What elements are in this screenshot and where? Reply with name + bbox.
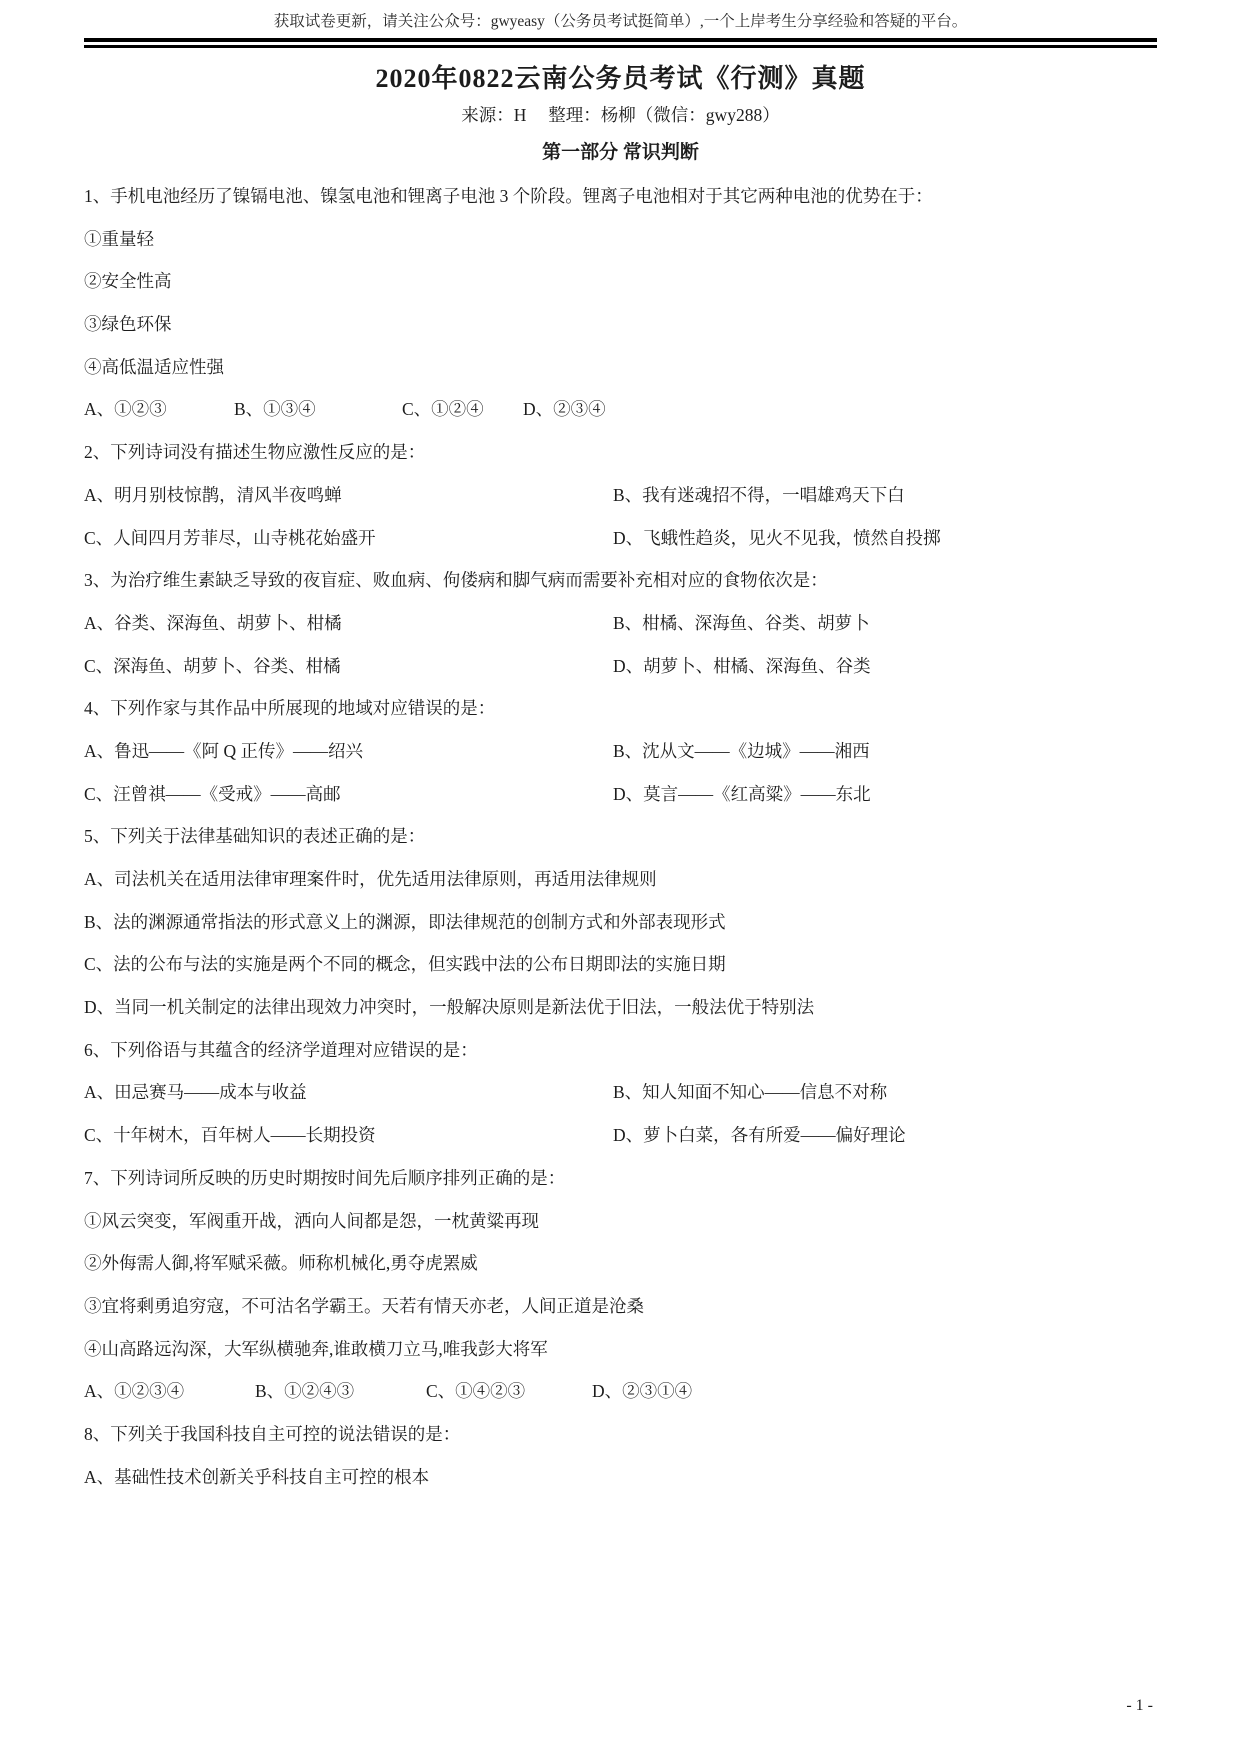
statement-item-4: ④山高路远沟深，大军纵横驰奔,谁敢横刀立马,唯我彭大将军 xyxy=(84,1328,1157,1371)
option-c: C、法的公布与法的实施是两个不同的概念，但实践中法的公布日期即法的实施日期 xyxy=(84,943,1157,986)
option-b: B、柑橘、深海鱼、谷类、胡萝卜 xyxy=(613,602,1157,645)
question-4: 4、下列作家与其作品中所展现的地域对应错误的是： A、鲁迅——《阿 Q 正传》—… xyxy=(84,687,1157,815)
question-list: 1、手机电池经历了镍镉电池、镍氢电池和锂离子电池 3 个阶段。锂离子电池相对于其… xyxy=(84,175,1157,1498)
question-3: 3、为治疗维生素缺乏导致的夜盲症、败血病、佝偻病和脚气病而需要补充相对应的食物依… xyxy=(84,559,1157,687)
question-stem: 1、手机电池经历了镍镉电池、镍氢电池和锂离子电池 3 个阶段。锂离子电池相对于其… xyxy=(84,175,1157,218)
option-b: B、①②④③ xyxy=(255,1370,426,1413)
statement-item-2: ②外侮需人御,将军赋采薇。师称机械化,勇夺虎罴威 xyxy=(84,1242,1157,1285)
header-divider xyxy=(84,38,1157,48)
option-b: B、法的渊源通常指法的形式意义上的渊源，即法律规范的创制方式和外部表现形式 xyxy=(84,901,1157,944)
statement-item-3: ③绿色环保 xyxy=(84,303,1157,346)
option-a: A、①②③ xyxy=(84,388,234,431)
question-5: 5、下列关于法律基础知识的表述正确的是： A、司法机关在适用法律审理案件时，优先… xyxy=(84,815,1157,1028)
option-d: D、当同一机关制定的法律出现效力冲突时，一般解决原则是新法优于旧法，一般法优于特… xyxy=(84,986,1157,1029)
option-d: D、②③④ xyxy=(523,388,606,431)
options-row: A、谷类、深海鱼、胡萝卜、柑橘 B、柑橘、深海鱼、谷类、胡萝卜 xyxy=(84,602,1157,645)
question-stem: 5、下列关于法律基础知识的表述正确的是： xyxy=(84,815,1157,858)
option-a: A、①②③④ xyxy=(84,1370,255,1413)
question-stem: 4、下列作家与其作品中所展现的地域对应错误的是： xyxy=(84,687,1157,730)
page-title: 2020年0822云南公务员考试《行测》真题 xyxy=(0,64,1241,94)
option-c: C、深海鱼、胡萝卜、谷类、柑橘 xyxy=(84,645,613,688)
options-row: C、人间四月芳菲尽，山寺桃花始盛开 D、飞蛾性趋炎，见火不见我，愤然自投掷 xyxy=(84,517,1157,560)
statement-item-1: ①风云突变，军阀重开战，洒向人间都是怨，一枕黄粱再现 xyxy=(84,1200,1157,1243)
options-row: A、明月别枝惊鹊，清风半夜鸣蝉 B、我有迷魂招不得，一唱雄鸡天下白 xyxy=(84,474,1157,517)
section-heading: 第一部分 常识判断 xyxy=(0,140,1241,166)
option-d: D、飞蛾性趋炎，见火不见我，愤然自投掷 xyxy=(613,517,1157,560)
question-2: 2、下列诗词没有描述生物应激性反应的是： A、明月别枝惊鹊，清风半夜鸣蝉 B、我… xyxy=(84,431,1157,559)
option-b: B、沈从文——《边城》——湘西 xyxy=(613,730,1157,773)
option-a: A、司法机关在适用法律审理案件时，优先适用法律原则，再适用法律规则 xyxy=(84,858,1157,901)
question-stem: 3、为治疗维生素缺乏导致的夜盲症、败血病、佝偻病和脚气病而需要补充相对应的食物依… xyxy=(84,559,1157,602)
exam-document-page: 获取试卷更新，请关注公众号：gwyeasy（公务员考试挺简单）,一个上岸考生分享… xyxy=(0,0,1241,1754)
statement-item-4: ④高低温适应性强 xyxy=(84,346,1157,389)
options-row: C、汪曾祺——《受戒》——高邮 D、莫言——《红高粱》——东北 xyxy=(84,773,1157,816)
header-note: 获取试卷更新，请关注公众号：gwyeasy（公务员考试挺简单）,一个上岸考生分享… xyxy=(0,0,1241,33)
options-row: A、①②③B、①③④C、①②④D、②③④ xyxy=(84,388,1157,431)
option-d: D、胡萝卜、柑橘、深海鱼、谷类 xyxy=(613,645,1157,688)
option-c: C、①④②③ xyxy=(426,1370,592,1413)
option-d: D、萝卜白菜，各有所爱——偏好理论 xyxy=(613,1114,1157,1157)
option-a: A、鲁迅——《阿 Q 正传》——绍兴 xyxy=(84,730,613,773)
option-b: B、知人知面不知心——信息不对称 xyxy=(613,1071,1157,1114)
question-6: 6、下列俗语与其蕴含的经济学道理对应错误的是： A、田忌赛马——成本与收益 B、… xyxy=(84,1029,1157,1157)
source-line: 来源：H 整理：杨柳（微信：gwy288） xyxy=(0,103,1241,127)
question-stem: 8、下列关于我国科技自主可控的说法错误的是： xyxy=(84,1413,1157,1456)
options-row: A、鲁迅——《阿 Q 正传》——绍兴 B、沈从文——《边城》——湘西 xyxy=(84,730,1157,773)
option-a: A、基础性技术创新关乎科技自主可控的根本 xyxy=(84,1456,1157,1499)
question-1: 1、手机电池经历了镍镉电池、镍氢电池和锂离子电池 3 个阶段。锂离子电池相对于其… xyxy=(84,175,1157,431)
option-a: A、明月别枝惊鹊，清风半夜鸣蝉 xyxy=(84,474,613,517)
option-d: D、莫言——《红高粱》——东北 xyxy=(613,773,1157,816)
option-b: B、我有迷魂招不得，一唱雄鸡天下白 xyxy=(613,474,1157,517)
question-8: 8、下列关于我国科技自主可控的说法错误的是： A、基础性技术创新关乎科技自主可控… xyxy=(84,1413,1157,1498)
option-c: C、十年树木，百年树人——长期投资 xyxy=(84,1114,613,1157)
page-number: - 1 - xyxy=(1126,1696,1153,1716)
option-c: C、人间四月芳菲尽，山寺桃花始盛开 xyxy=(84,517,613,560)
question-7: 7、下列诗词所反映的历史时期按时间先后顺序排列正确的是： ①风云突变，军阀重开战… xyxy=(84,1157,1157,1413)
question-stem: 6、下列俗语与其蕴含的经济学道理对应错误的是： xyxy=(84,1029,1157,1072)
statement-item-3: ③宜将剩勇追穷寇，不可沽名学霸王。天若有情天亦老，人间正道是沧桑 xyxy=(84,1285,1157,1328)
options-row: A、田忌赛马——成本与收益 B、知人知面不知心——信息不对称 xyxy=(84,1071,1157,1114)
option-a: A、谷类、深海鱼、胡萝卜、柑橘 xyxy=(84,602,613,645)
statement-item-1: ①重量轻 xyxy=(84,218,1157,261)
question-stem: 7、下列诗词所反映的历史时期按时间先后顺序排列正确的是： xyxy=(84,1157,1157,1200)
options-row: A、①②③④B、①②④③C、①④②③D、②③①④ xyxy=(84,1370,1157,1413)
statement-item-2: ②安全性高 xyxy=(84,260,1157,303)
option-d: D、②③①④ xyxy=(592,1370,692,1413)
options-row: C、深海鱼、胡萝卜、谷类、柑橘 D、胡萝卜、柑橘、深海鱼、谷类 xyxy=(84,645,1157,688)
option-b: B、①③④ xyxy=(234,388,402,431)
option-c: C、①②④ xyxy=(402,388,523,431)
option-a: A、田忌赛马——成本与收益 xyxy=(84,1071,613,1114)
options-row: C、十年树木，百年树人——长期投资 D、萝卜白菜，各有所爱——偏好理论 xyxy=(84,1114,1157,1157)
question-stem: 2、下列诗词没有描述生物应激性反应的是： xyxy=(84,431,1157,474)
option-c: C、汪曾祺——《受戒》——高邮 xyxy=(84,773,613,816)
